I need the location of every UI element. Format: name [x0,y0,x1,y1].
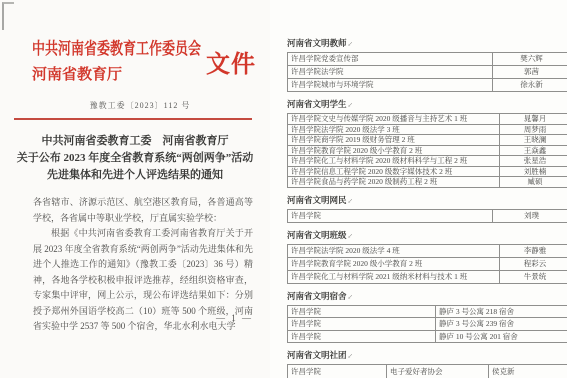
cell-awardee: 周梦雨 [500,124,567,135]
cell-awardee: 李静雅 [500,244,567,257]
table-row: 许昌学院商学院 2019 级财务管理 2 班王晓澜 [288,135,567,146]
salutation-text: 各省辖市、济源示范区、航空港区教育局，各普通高等学校，各省属中等职业学校，厅直属… [33,195,253,226]
cell-awardee: 电子爱好者协会 [387,365,489,378]
cell-organization: 许昌学院 [288,318,436,331]
table-row: 许昌学院静庐 3 号公寓 218 宿舍 [288,305,567,318]
cell-awardee: 张星浩 [500,156,567,167]
table-row: 许昌学院城市与环境学院徐永新 [288,79,567,92]
cell-organization: 许昌学院法学院 2020 级法学 3 班 [288,124,500,135]
award-section-0: 河南省文明教师↙许昌学院党委宣传部樊六辉许昌学院法学院郭茜许昌学院城市与环境学院… [287,37,567,92]
cell-organization: 许昌学院 [288,209,493,222]
title-line-3: 先进集体和先进个人评选结果的通知 [12,167,258,184]
table-row: 许昌学院教育学院 2020 级小学教育 2 班王焱鑫 [288,145,567,156]
table-row: 许昌学院电子爱好者协会侯克新 [288,365,567,378]
award-table: 许昌学院法学院 2020 级法学 4 班李静雅许昌学院教育学院 2020 级小学… [287,244,567,284]
section-title: 河南省文明社团↙ [287,349,567,361]
cell-organization: 许昌学院 [288,305,436,318]
cell-organization: 许昌学院城市与环境学院 [288,79,493,92]
cell-organization: 许昌学院商学院 2019 级财务管理 2 班 [288,135,500,146]
section-title: 河南省文明宿舍↙ [287,290,567,302]
cell-organization: 许昌学院文史与传媒学院 2020 级播音与主持艺术 1 班 [288,114,500,125]
award-section-2: 河南省文明网民↙许昌学院刘璞 [287,194,567,223]
cell-organization: 许昌学院化工与材料学院 2021 级纳米材料与技术 1 班 [288,270,500,283]
table-row: 许昌学院化工与材料学院 2021 级纳米材料与技术 1 班牛景统 [288,270,567,283]
scanned-document-canvas: 中共河南省委教育工作委员会 河南省教育厅 文件 豫教工委〔2023〕112 号 … [0,0,567,378]
table-row: 许昌学院法学院 2020 级法学 4 班李静雅 [288,244,567,257]
cell-awardee: 郭茜 [493,66,567,79]
cell-organization: 许昌学院食品与药学院 2020 级制药工程 2 班 [288,177,500,188]
table-row: 许昌学院信息工程学院 2020 级数字媒体技术 2 班刘胜楠 [288,166,567,177]
document-page-right: 河南省文明教师↙许昌学院党委宣传部樊六辉许昌学院法学院郭茜许昌学院城市与环境学院… [270,0,567,378]
sections-root: 河南省文明教师↙许昌学院党委宣传部樊六辉许昌学院法学院郭茜许昌学院城市与环境学院… [287,37,567,378]
paragraph-mark-icon: ↙ [348,353,353,360]
award-table: 许昌学院电子爱好者协会侯克新 [287,364,567,378]
cell-organization: 许昌学院党委宣传部 [288,53,493,66]
cell-organization: 许昌学院法学院 2020 级法学 4 班 [288,244,500,257]
paragraph-mark-icon: ↙ [348,198,353,205]
table-row: 许昌学院教育学院 2020 级小学教育 2 班程彩云 [288,257,567,270]
cell-organization: 许昌学院化工与材料学院 2020 级材料科学与工程 2 班 [288,156,500,167]
award-section-4: 河南省文明宿舍↙许昌学院静庐 3 号公寓 218 宿舍许昌学院静庐 3 号公寓 … [287,290,567,344]
table-row: 许昌学院法学院郭茜 [288,66,567,79]
org-name-line1: 中共河南省委教育工作委员会 [32,35,202,59]
award-table: 许昌学院党委宣传部樊六辉许昌学院法学院郭茜许昌学院城市与环境学院徐永新 [287,52,567,92]
cell-organization: 许昌学院法学院 [288,66,493,79]
scan-edge-artifact [2,2,14,30]
issuing-org-names: 中共河南省委教育工作委员会 河南省教育厅 [32,35,202,84]
cell-awardee: 静庐 3 号公寓 239 宿舍 [436,318,567,331]
table-row: 许昌学院法学院 2020 级法学 3 班周梦雨 [288,124,567,135]
cell-organization: 许昌学院 [288,365,387,378]
cell-awardee: 刘胜楠 [500,166,567,177]
document-page-left: 中共河南省委教育工作委员会 河南省教育厅 文件 豫教工委〔2023〕112 号 … [0,0,270,378]
cell-awardee: 刘璞 [493,209,567,222]
cell-awardee: 侯克新 [489,365,567,378]
red-letterhead: 中共河南省委教育工作委员会 河南省教育厅 文件 [32,35,256,93]
cell-awardee: 静庐 10 号公寓 201 宿舍 [436,330,567,343]
red-divider-rule [14,118,252,120]
cell-awardee: 王焱鑫 [500,145,567,156]
cell-organization: 许昌学院教育学院 2020 级小学教育 2 班 [288,145,500,156]
cell-awardee: 晁馨月 [500,114,567,125]
table-row: 许昌学院静庐 3 号公寓 239 宿舍 [288,318,567,331]
cell-organization: 许昌学院信息工程学院 2020 级数字媒体技术 2 班 [288,166,500,177]
table-row: 许昌学院静庐 10 号公寓 201 宿舍 [288,330,567,343]
section-title: 河南省文明教师↙ [287,37,567,49]
paragraph-mark-icon: ↙ [348,41,353,48]
award-section-1: 河南省文明学生↙许昌学院文史与传媒学院 2020 级播音与主持艺术 1 班晁馨月… [287,98,567,188]
cell-awardee: 王晓澜 [500,135,567,146]
cell-organization: 许昌学院教育学院 2020 级小学教育 2 班 [288,257,500,270]
table-row: 许昌学院刘璞 [288,209,567,222]
award-table: 许昌学院刘璞 [287,209,567,223]
title-line-1: 中共河南省委教育工委 河南省教育厅 [12,133,258,150]
cell-awardee: 静庐 3 号公寓 218 宿舍 [436,305,567,318]
page-number: — 1 — [33,313,253,323]
section-title: 河南省文明班级↙ [287,229,567,241]
cell-awardee: 程彩云 [500,257,567,270]
paragraph-mark-icon: ↙ [348,294,353,301]
org-name-line2: 河南省教育厅 [32,63,202,84]
award-table: 许昌学院文史与传媒学院 2020 级播音与主持艺术 1 班晁馨月许昌学院法学院 … [287,113,567,188]
document-number: 豫教工委〔2023〕112 号 [30,100,250,111]
award-section-5: 河南省文明社团↙许昌学院电子爱好者协会侯克新 [287,349,567,378]
table-row: 许昌学院党委宣传部樊六辉 [288,53,567,66]
title-line-2: 关于公布 2023 年度全省教育系统“两创两争”活动 [12,150,258,167]
cell-awardee: 臧硕 [500,177,567,188]
table-row: 许昌学院文史与传媒学院 2020 级播音与主持艺术 1 班晁馨月 [288,114,567,125]
paragraph-mark-icon: ↙ [348,233,353,240]
cell-awardee: 徐永新 [493,79,567,92]
cell-awardee: 樊六辉 [493,53,567,66]
cell-awardee: 牛景统 [500,270,567,283]
table-row: 许昌学院食品与药学院 2020 级制药工程 2 班臧硕 [288,177,567,188]
section-title: 河南省文明学生↙ [287,98,567,110]
paragraph-mark-icon: ↙ [348,102,353,109]
document-title: 中共河南省委教育工委 河南省教育厅 关于公布 2023 年度全省教育系统“两创两… [12,133,258,184]
section-title: 河南省文明网民↙ [287,194,567,206]
award-section-3: 河南省文明班级↙许昌学院法学院 2020 级法学 4 班李静雅许昌学院教育学院 … [287,229,567,284]
cell-organization: 许昌学院 [288,330,436,343]
award-table: 许昌学院静庐 3 号公寓 218 宿舍许昌学院静庐 3 号公寓 239 宿舍许昌… [287,305,567,344]
document-word: 文件 [206,44,256,79]
table-row: 许昌学院化工与材料学院 2020 级材料科学与工程 2 班张星浩 [288,156,567,167]
